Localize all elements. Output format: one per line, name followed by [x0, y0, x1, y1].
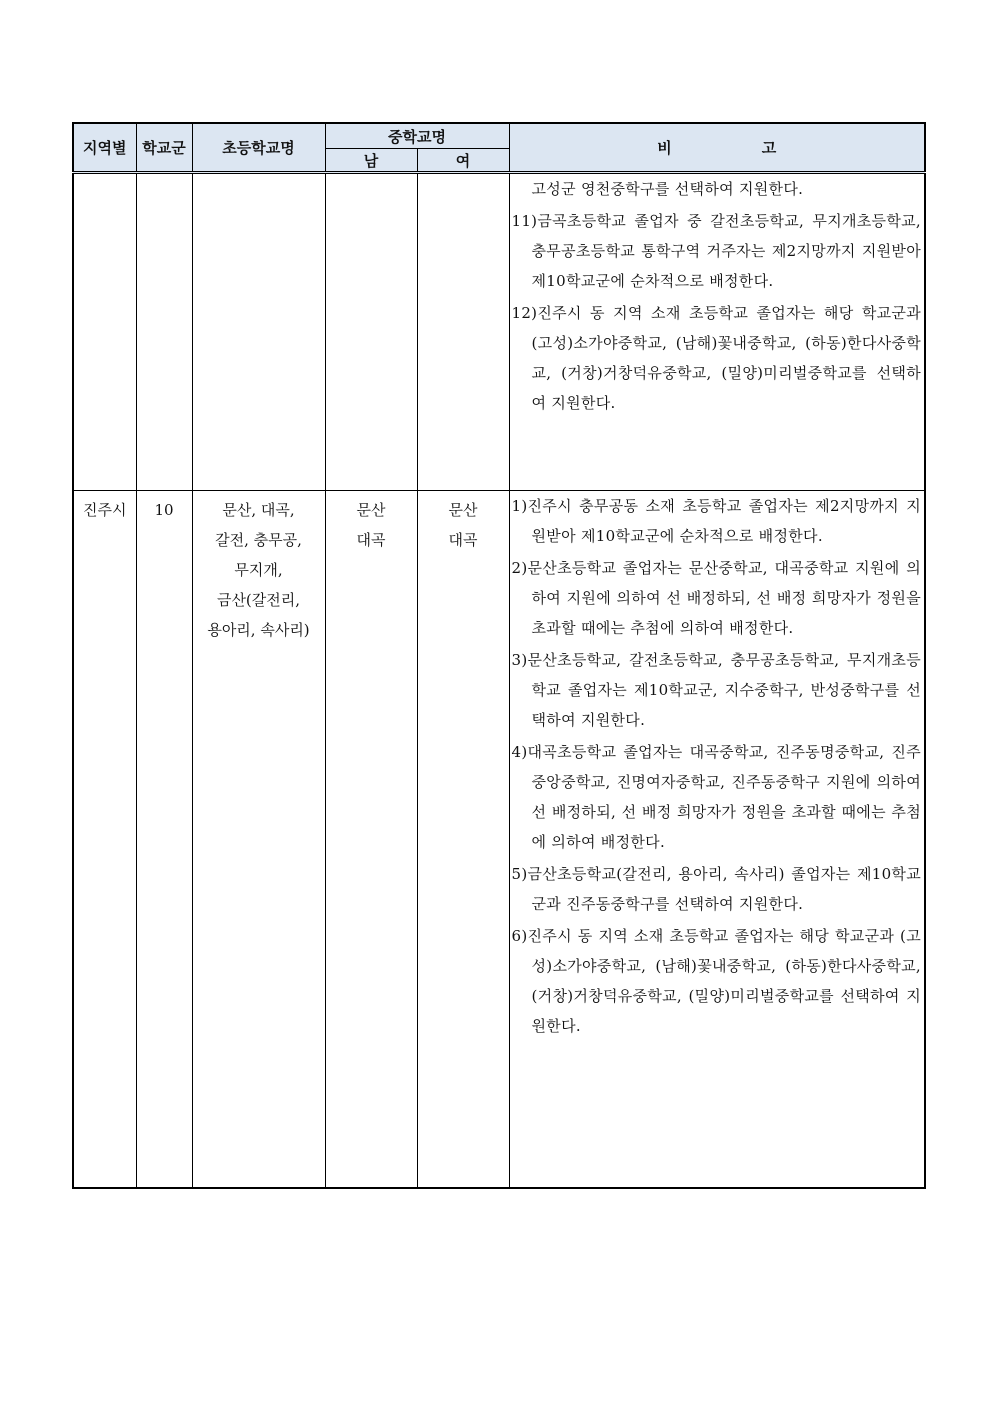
remark-item: 1)진주시 충무공동 소재 초등학교 졸업자는 제2지망까지 지원받아 제10학… [512, 491, 922, 551]
school-assignment-table: 지역별 학교군 초등학교명 중학교명 비고 남 여 고성군 영천중학구를 선택하… [72, 122, 926, 1189]
table-row: 진주시 10 문산, 대곡, 갈전, 충무공, 무지개, 금산(갈전리, 용아리… [73, 491, 925, 1189]
remark-item: 3)문산초등학교, 갈전초등학교, 충무공초등학교, 무지개초등학교 졸업자는 … [512, 645, 922, 735]
middle-male-cell [325, 173, 417, 491]
elementary-line: 무지개, [193, 555, 325, 585]
header-remarks-left: 비 [657, 137, 672, 158]
header-remarks-right: 고 [762, 137, 777, 158]
remark-item: 11)금곡초등학교 졸업자 중 갈전초등학교, 무지개초등학교, 충무공초등학교… [512, 206, 922, 296]
remark-item: 5)금산초등학교(갈전리, 용아리, 속사리) 졸업자는 제10학교군과 진주동… [512, 859, 922, 919]
header-middle-female: 여 [417, 149, 509, 173]
elementary-cell [192, 173, 325, 491]
middle-female-line: 대곡 [418, 525, 509, 555]
table-row: 고성군 영천중학구를 선택하여 지원한다. 11)금곡초등학교 졸업자 중 갈전… [73, 173, 925, 491]
middle-female-cell: 문산 대곡 [417, 491, 509, 1189]
middle-male-line: 대곡 [326, 525, 417, 555]
elementary-cell: 문산, 대곡, 갈전, 충무공, 무지개, 금산(갈전리, 용아리, 속사리) [192, 491, 325, 1189]
school-group-cell: 10 [136, 491, 192, 1189]
middle-female-cell [417, 173, 509, 491]
header-region: 지역별 [73, 123, 136, 173]
region-cell [73, 173, 136, 491]
elementary-line: 용아리, 속사리) [193, 615, 325, 645]
header-elementary-school: 초등학교명 [192, 123, 325, 173]
elementary-line: 금산(갈전리, [193, 585, 325, 615]
remark-item: 12)진주시 동 지역 소재 초등학교 졸업자는 해당 학교군과 (고성)소가야… [512, 298, 922, 418]
region-cell: 진주시 [73, 491, 136, 1189]
school-group-cell [136, 173, 192, 491]
middle-male-line: 문산 [326, 495, 417, 525]
remark-item: 6)진주시 동 지역 소재 초등학교 졸업자는 해당 학교군과 (고성)소가야중… [512, 921, 922, 1041]
remarks-cell: 고성군 영천중학구를 선택하여 지원한다. 11)금곡초등학교 졸업자 중 갈전… [509, 173, 925, 491]
remark-item: 고성군 영천중학구를 선택하여 지원한다. [512, 174, 922, 204]
elementary-line: 갈전, 충무공, [193, 525, 325, 555]
remarks-cell: 1)진주시 충무공동 소재 초등학교 졸업자는 제2지망까지 지원받아 제10학… [509, 491, 925, 1189]
header-middle-school: 중학교명 [325, 123, 509, 149]
middle-female-line: 문산 [418, 495, 509, 525]
header-remarks: 비고 [509, 123, 925, 173]
middle-male-cell: 문산 대곡 [325, 491, 417, 1189]
header-middle-male: 남 [325, 149, 417, 173]
elementary-line: 문산, 대곡, [193, 495, 325, 525]
remark-item: 2)문산초등학교 졸업자는 문산중학교, 대곡중학교 지원에 의하여 지원에 의… [512, 553, 922, 643]
header-school-group: 학교군 [136, 123, 192, 173]
remark-item: 4)대곡초등학교 졸업자는 대곡중학교, 진주동명중학교, 진주중앙중학교, 진… [512, 737, 922, 857]
